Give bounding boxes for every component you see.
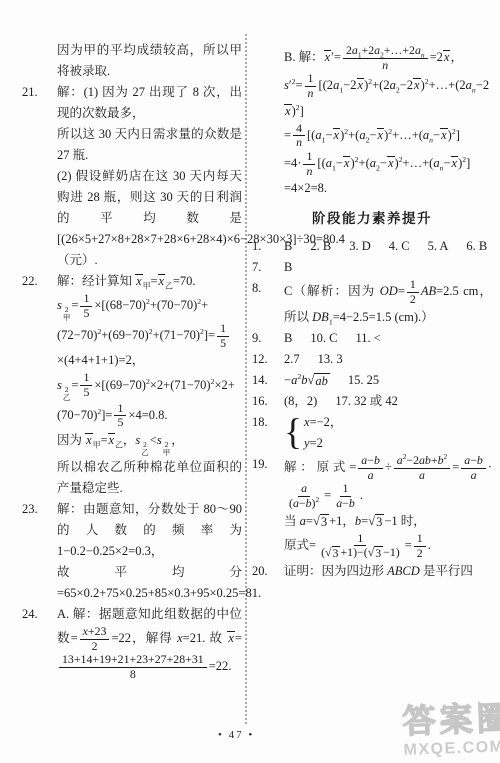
subscript: n	[429, 135, 433, 144]
item-text: {x=−2，y=2	[284, 425, 342, 439]
fraction-denominator: n	[379, 59, 391, 73]
subscript: 2	[366, 135, 370, 144]
sup-sub-stack: 2甲	[63, 306, 71, 322]
solution-block: 所以这 30 天内日需求量的众数是 27 瓶.	[22, 124, 242, 166]
superscript: 2	[399, 155, 403, 164]
math-variable: s	[284, 78, 289, 92]
fraction-denominator: 5	[80, 386, 92, 400]
fraction: 13+14+19+21+23+27+28+318	[59, 653, 207, 681]
system-line: x=−2，	[304, 412, 342, 433]
answer-item: 15. 25	[348, 373, 379, 387]
radicand: 3	[374, 546, 383, 561]
mean-bar: x	[333, 128, 341, 142]
fraction-numerator: a−b	[358, 454, 383, 469]
math-variable: n	[440, 163, 444, 172]
superscript: 2	[368, 77, 372, 86]
fraction: 1a−b	[333, 482, 358, 510]
mean-bar: x	[343, 156, 351, 170]
fraction: 15	[217, 322, 229, 350]
math-variable: y	[304, 436, 310, 450]
math-variable: a	[361, 453, 367, 467]
item-text: =4·1n[(a1−x)2+(a2−x)2+…+(an−x)2]	[284, 156, 470, 170]
fraction-numerator: 13+14+19+21+23+27+28+31	[59, 653, 207, 668]
subscript: n	[440, 163, 444, 172]
item-text: 因为甲的平均成绩较高，所以甲将被录取.	[57, 43, 242, 78]
radical: √3	[325, 546, 340, 561]
subscript: n	[421, 50, 425, 59]
item-text: 解：(1) 因为 27 出现了 8 次，出现的次数最多，	[57, 85, 242, 120]
fraction: x+232	[80, 625, 110, 653]
stack-subscript: 乙	[63, 394, 71, 402]
solution-block: =4·1n[(a1−x)2+(a2−x)2+…+(an−x)2]	[252, 150, 492, 178]
solution-block: (2) 假设鲜奶店在这 30 天内每天购进 28 瓶，则这 30 天的日利润的平…	[22, 166, 242, 271]
column-divider	[245, 34, 247, 724]
textbook-answer-page: 因为甲的平均成绩较高，所以甲将被录取.21.解：(1) 因为 27 出现了 8 …	[0, 0, 500, 763]
mean-bar: x	[440, 128, 448, 142]
fraction-numerator: 1	[414, 532, 426, 547]
solution-block: 原式=1(√3+1)−(√3−1)=12.	[252, 532, 492, 561]
radicand: ab	[314, 373, 330, 388]
answer-item: 13. 3	[318, 352, 343, 366]
fraction-numerator: x+23	[80, 625, 110, 640]
item-text: 阶段能力素养提升	[312, 211, 432, 226]
fraction-denominator: n	[305, 87, 317, 101]
math-variable: a	[419, 468, 425, 482]
superscript: 2	[296, 102, 300, 111]
answer-item: −a2b√ab	[284, 373, 330, 387]
fraction-denominator: a	[365, 469, 377, 483]
subscript: n	[472, 86, 476, 95]
sup-sub-stack: 2乙	[141, 441, 149, 457]
fraction: 15	[80, 292, 92, 320]
superscript: 2	[197, 297, 201, 306]
answer-item: 5. A	[428, 239, 449, 253]
radical: √3	[368, 546, 383, 561]
fraction-numerator: 1	[80, 292, 92, 307]
fraction-numerator: a−b	[461, 454, 486, 469]
math-variable: x	[304, 415, 310, 429]
fraction: 1(√3+1)−(√3−1)	[318, 532, 403, 561]
fraction-numerator: a2−2ab+b2	[394, 454, 450, 469]
math-variable: a	[300, 514, 306, 528]
solution-block: 当 a=√3+1，b=√3−1 时，	[252, 511, 492, 532]
sup-sub-stack: 2乙	[63, 386, 71, 402]
superscript: 2	[292, 77, 296, 86]
fraction-numerator: 1	[303, 150, 315, 165]
math-variable: OD	[380, 284, 398, 298]
superscript: 2	[146, 297, 150, 306]
solution-block: 因为 x甲=x乙，s2乙<s2甲，	[22, 430, 242, 457]
math-variable: b	[306, 496, 312, 510]
item-text: s2甲=15×[(68−70)2+(70−70)2+(72−70)2+(69−7…	[57, 298, 231, 367]
math-variable: s	[157, 433, 162, 447]
stack-subscript: 乙	[141, 449, 149, 457]
math-variable: s	[57, 298, 62, 312]
item-text: =4n[(a1−x)2+(a2−x)2+…+(an−x)2]	[284, 128, 460, 142]
superscript: 2	[388, 127, 392, 136]
answer-item: 6. B	[466, 239, 487, 253]
superscript: 2	[200, 327, 204, 336]
solution-block: s2甲=15×[(68−70)2+(70−70)2+(72−70)2+(69−7…	[22, 292, 242, 371]
item-text: 原式=1(√3+1)−(√3−1)=12.	[284, 538, 431, 552]
solution-block: 1.B2. B3. D4. C5. A6. B	[252, 236, 492, 257]
item-text: 解：经计算知 x甲=x乙=70.	[57, 274, 196, 288]
solution-block: 所以棉农乙所种棉花单位面积的产量稳定些.	[22, 457, 242, 499]
subscript: 1	[332, 163, 336, 172]
item-text: s′2=1n[(2a1−2x)2+(2a2−2x)2+…+(2an−2x)2]	[284, 78, 489, 117]
superscript: 2	[149, 327, 153, 336]
math-variable: b	[374, 453, 380, 467]
fraction-numerator: 1	[407, 278, 419, 293]
math-variable: x	[83, 624, 88, 638]
mean-bar: x	[357, 78, 365, 92]
item-number: 1.	[252, 236, 261, 257]
fraction-numerator: 1	[354, 532, 366, 547]
answer-item: (8，2)	[284, 394, 317, 408]
solution-block: 8.C（解析：因为 OD=12AB=2.5 cm，所以 DB1=4−2.5=1.…	[252, 278, 492, 327]
math-variable: DB	[312, 310, 329, 324]
math-variable: n	[296, 135, 302, 149]
solution-block: =4n[(a1−x)2+(a2−x)2+…+(an−x)2]	[252, 122, 492, 150]
mean-bar: x	[284, 104, 292, 118]
fraction-denominator: 2	[407, 293, 419, 307]
radicand: 3	[375, 514, 384, 529]
radical-sign: √	[307, 373, 314, 388]
subscript: 1	[322, 135, 326, 144]
answer-item: 11. <	[355, 331, 380, 345]
item-number: 14.	[252, 370, 268, 391]
solution-block: 19.解：原式=a−ba÷a2−2ab+b2a=a−ba·a(a−b)2=1a−…	[252, 454, 492, 511]
subscript: 2	[376, 163, 380, 172]
item-text: 因为 x甲=x乙，s2乙<s2甲，	[57, 433, 184, 447]
item-number: 21.	[22, 82, 38, 103]
watermark: 答案圈 MXQE.COM	[402, 701, 500, 761]
superscript: 2	[344, 127, 348, 136]
item-text: 所以棉农乙所种棉花单位面积的产量稳定些.	[57, 460, 242, 495]
item-number: 8.	[252, 278, 261, 299]
fraction-denominator: 8	[127, 668, 139, 682]
math-variable: n	[472, 86, 476, 95]
math-variable: a	[464, 453, 470, 467]
system-lines: x=−2，y=2	[304, 412, 342, 455]
solution-block: 20.证明：因为四边形 ABCD 是平行四	[252, 561, 492, 582]
math-variable: x	[177, 631, 183, 645]
system-brace: {	[284, 418, 302, 448]
solution-block: 23.解：由题意知，分数处于 80～90 的人数的频率为 1−0.2−0.25×…	[22, 499, 242, 562]
item-text: A. 解：据题意知此组数据的中位数=x+232=22，解得 x=21. 故 x=…	[57, 607, 242, 673]
solution-block: 24.A. 解：据题意知此组数据的中位数=x+232=22，解得 x=21. 故…	[22, 604, 242, 682]
fraction-denominator: 5	[217, 337, 229, 351]
fraction: a−ba	[358, 454, 383, 482]
item-text: =4×2=8.	[284, 181, 327, 195]
item-number: 18.	[252, 412, 268, 433]
subscript: 1	[358, 50, 362, 59]
left-column: 因为甲的平均成绩较高，所以甲将被录取.21.解：(1) 因为 27 出现了 8 …	[22, 40, 242, 682]
fraction-numerator: 1	[305, 72, 317, 87]
mean-bar: x	[413, 78, 421, 92]
solution-block: 因为甲的平均成绩较高，所以甲将被录取.	[22, 40, 242, 82]
stack-subscript: 甲	[63, 314, 71, 322]
answer-item: 3. D	[349, 239, 371, 253]
solution-block: 16.(8，2)17. 32 或 42	[252, 391, 492, 412]
fraction-denominator: 5	[114, 416, 126, 430]
superscript: 2	[211, 376, 215, 385]
math-variable: s	[57, 378, 62, 392]
watermark-logo-text: 答案圈	[402, 701, 500, 738]
watermark-site-url: MXQE.COM	[403, 736, 500, 761]
item-text: B. 解：x′=2a1+2a2+…+2ann=2x，	[284, 50, 463, 64]
item-text: 故平均分=65×0.2+75×0.25+85×0.3+95×0.25=81.	[57, 565, 261, 600]
math-variable: n	[421, 50, 425, 59]
item-number: 12.	[252, 349, 268, 370]
item-number: 7.	[252, 257, 261, 278]
radical: √ab	[307, 373, 329, 388]
mean-bar: x	[158, 274, 166, 288]
solution-block: 22.解：经计算知 x甲=x乙=70.	[22, 271, 242, 292]
radical: √3	[368, 514, 384, 529]
system-line: y=2	[304, 433, 342, 454]
fraction-numerator: 1	[80, 371, 92, 386]
fraction: 15	[80, 371, 92, 399]
superscript: 2	[444, 452, 448, 461]
radical-sign: √	[313, 514, 320, 529]
superscript: 2	[146, 376, 150, 385]
math-variable: a	[368, 468, 374, 482]
answer-item: B	[284, 331, 292, 345]
item-text: 解：由题意知，分数处于 80～90 的人数的频率为 1−0.2−0.25×2=0…	[57, 502, 242, 558]
item-text: 所以这 30 天内日需求量的众数是 27 瓶.	[57, 127, 242, 162]
superscript: 2	[97, 407, 101, 416]
subscript: 1	[329, 317, 333, 326]
math-variable: ab	[419, 453, 431, 467]
subscript: 甲	[143, 282, 151, 291]
fraction: 2a1+2a2+…+2ann	[343, 44, 428, 72]
right-column: B. 解：x′=2a1+2a2+…+2ann=2x，s′2=1n[(2a1−2x…	[252, 44, 492, 582]
mean-bar: x	[387, 156, 395, 170]
math-variable: a	[301, 481, 307, 495]
page-number: • 47 •	[218, 725, 254, 746]
mean-bar: x	[377, 128, 385, 142]
stack-subscript: 甲	[163, 449, 171, 457]
answer-item: 4. C	[389, 239, 410, 253]
fraction: 4n	[293, 122, 305, 150]
solution-block: 18.{x=−2，y=2	[252, 412, 492, 455]
fraction: 12	[414, 532, 426, 560]
math-variable: a	[471, 468, 477, 482]
fraction-denominator: 2	[414, 547, 426, 561]
math-variable: n	[306, 164, 312, 178]
math-variable: AB	[421, 284, 436, 298]
radicand: 3	[332, 546, 341, 561]
fraction-denominator: (√3+1)−(√3−1)	[318, 546, 403, 561]
mean-bar: x	[227, 631, 235, 645]
item-number: 9.	[252, 328, 261, 349]
fraction-denominator: a	[416, 469, 428, 483]
superscript: 2	[97, 327, 101, 336]
math-variable: ABCD	[387, 564, 420, 578]
solution-block: 21.解：(1) 因为 27 出现了 8 次，出现的次数最多，	[22, 82, 242, 124]
item-text: C（解析：因为 OD=12AB=2.5 cm，所以 DB1=4−2.5=1.5 …	[284, 284, 492, 323]
math-variable: b	[477, 453, 483, 467]
superscript: 2	[462, 155, 466, 164]
fraction: a(a−b)2	[286, 482, 322, 510]
solution-block: B. 解：x′=2a1+2a2+…+2ann=2x，	[252, 44, 492, 72]
answer-item: B	[284, 239, 292, 253]
math-variable: a	[336, 496, 342, 510]
subscript: 2	[396, 86, 400, 95]
subscript: 乙	[165, 282, 173, 291]
superscript: 2	[425, 77, 429, 86]
fraction-denominator: a	[468, 469, 480, 483]
section-heading: 阶段能力素养提升	[252, 199, 492, 236]
math-variable: n	[429, 135, 433, 144]
superscript: 2	[403, 452, 407, 461]
superscript: 2	[315, 495, 319, 504]
answer-item: 10. C	[310, 331, 337, 345]
radical-sign: √	[368, 514, 375, 529]
fraction: 1n	[305, 72, 317, 100]
mean-bar: x	[85, 433, 93, 447]
fraction-denominator: 2	[89, 640, 101, 654]
fraction-denominator: (a−b)2	[286, 497, 322, 511]
item-number: 23.	[22, 499, 38, 520]
subscript: 1	[339, 86, 343, 95]
fraction-numerator: 1	[114, 402, 126, 417]
equation-system: {x=−2，y=2	[284, 412, 342, 455]
superscript: 2	[355, 155, 359, 164]
solution-block: s2乙=15×[(69−70)2×2+(71−70)2×2+(70−70)2]=…	[22, 371, 242, 429]
fraction-denominator: n	[303, 165, 315, 179]
mean-bar: x	[324, 50, 332, 64]
item-text: 证明：因为四边形 ABCD 是平行四	[284, 564, 473, 578]
fraction-denominator: 5	[80, 307, 92, 321]
math-variable: a	[293, 496, 299, 510]
superscript: 2	[452, 127, 456, 136]
item-text: B	[284, 260, 292, 274]
item-number: 24.	[22, 604, 38, 625]
fraction: 1n	[303, 150, 315, 178]
fraction-numerator: 2a1+2a2+…+2an	[343, 44, 428, 59]
item-text: 解：原式=a−ba÷a2−2ab+b2a=a−ba·a(a−b)2=1a−b.	[284, 460, 492, 502]
mean-bar: x	[135, 274, 143, 288]
fraction-denominator: a−b	[333, 497, 358, 511]
mean-bar: x	[451, 156, 459, 170]
solution-block: 故平均分=65×0.2+75×0.25+85×0.3+95×0.25=81.	[22, 562, 242, 604]
item-text: 当 a=√3+1，b=√3−1 时，	[284, 514, 426, 528]
answer-item: 2.7	[284, 352, 300, 366]
solution-block: 9.B10. C11. <	[252, 328, 492, 349]
subscript: 甲	[93, 440, 101, 449]
fraction-numerator: 1	[217, 322, 229, 337]
fraction: a2−2ab+b2a	[394, 454, 450, 482]
fraction-numerator: 1	[340, 482, 352, 497]
answer-item: 17. 32 或 42	[335, 394, 398, 408]
answer-item: 2. B	[310, 239, 331, 253]
subscript: 乙	[115, 440, 123, 449]
math-variable: ab	[315, 374, 328, 388]
item-number: 20.	[252, 561, 268, 582]
mean-bar: x	[443, 50, 451, 64]
fraction: a−ba	[461, 454, 486, 482]
solution-block: 14.−a2b√ab15. 25	[252, 370, 492, 391]
fraction-numerator: 4	[293, 122, 305, 137]
solution-block: 12.2.713. 3	[252, 349, 492, 370]
radical: √3	[313, 514, 329, 529]
solution-block: =4×2=8.	[252, 178, 492, 199]
math-variable: b	[355, 514, 361, 528]
fraction: 12	[407, 278, 419, 306]
solution-block: 7.B	[252, 257, 492, 278]
item-text: s2乙=15×[(69−70)2×2+(71−70)2×2+(70−70)2]=…	[57, 378, 235, 422]
item-number: 19.	[252, 454, 268, 475]
radicand: 3	[320, 514, 329, 529]
fraction: 15	[114, 402, 126, 430]
solution-block: s′2=1n[(2a1−2x)2+(2a2−2x)2+…+(2an−2x)2]	[252, 72, 492, 121]
math-variable: s	[135, 433, 140, 447]
item-number: 22.	[22, 271, 38, 292]
sup-sub-stack: 2甲	[163, 441, 171, 457]
fraction-denominator: n	[293, 136, 305, 150]
fraction-numerator: a	[298, 482, 310, 497]
math-variable: b	[349, 496, 355, 510]
math-variable: n	[382, 58, 388, 72]
mean-bar: x	[108, 433, 116, 447]
item-number: 16.	[252, 391, 268, 412]
math-variable: n	[308, 86, 314, 100]
